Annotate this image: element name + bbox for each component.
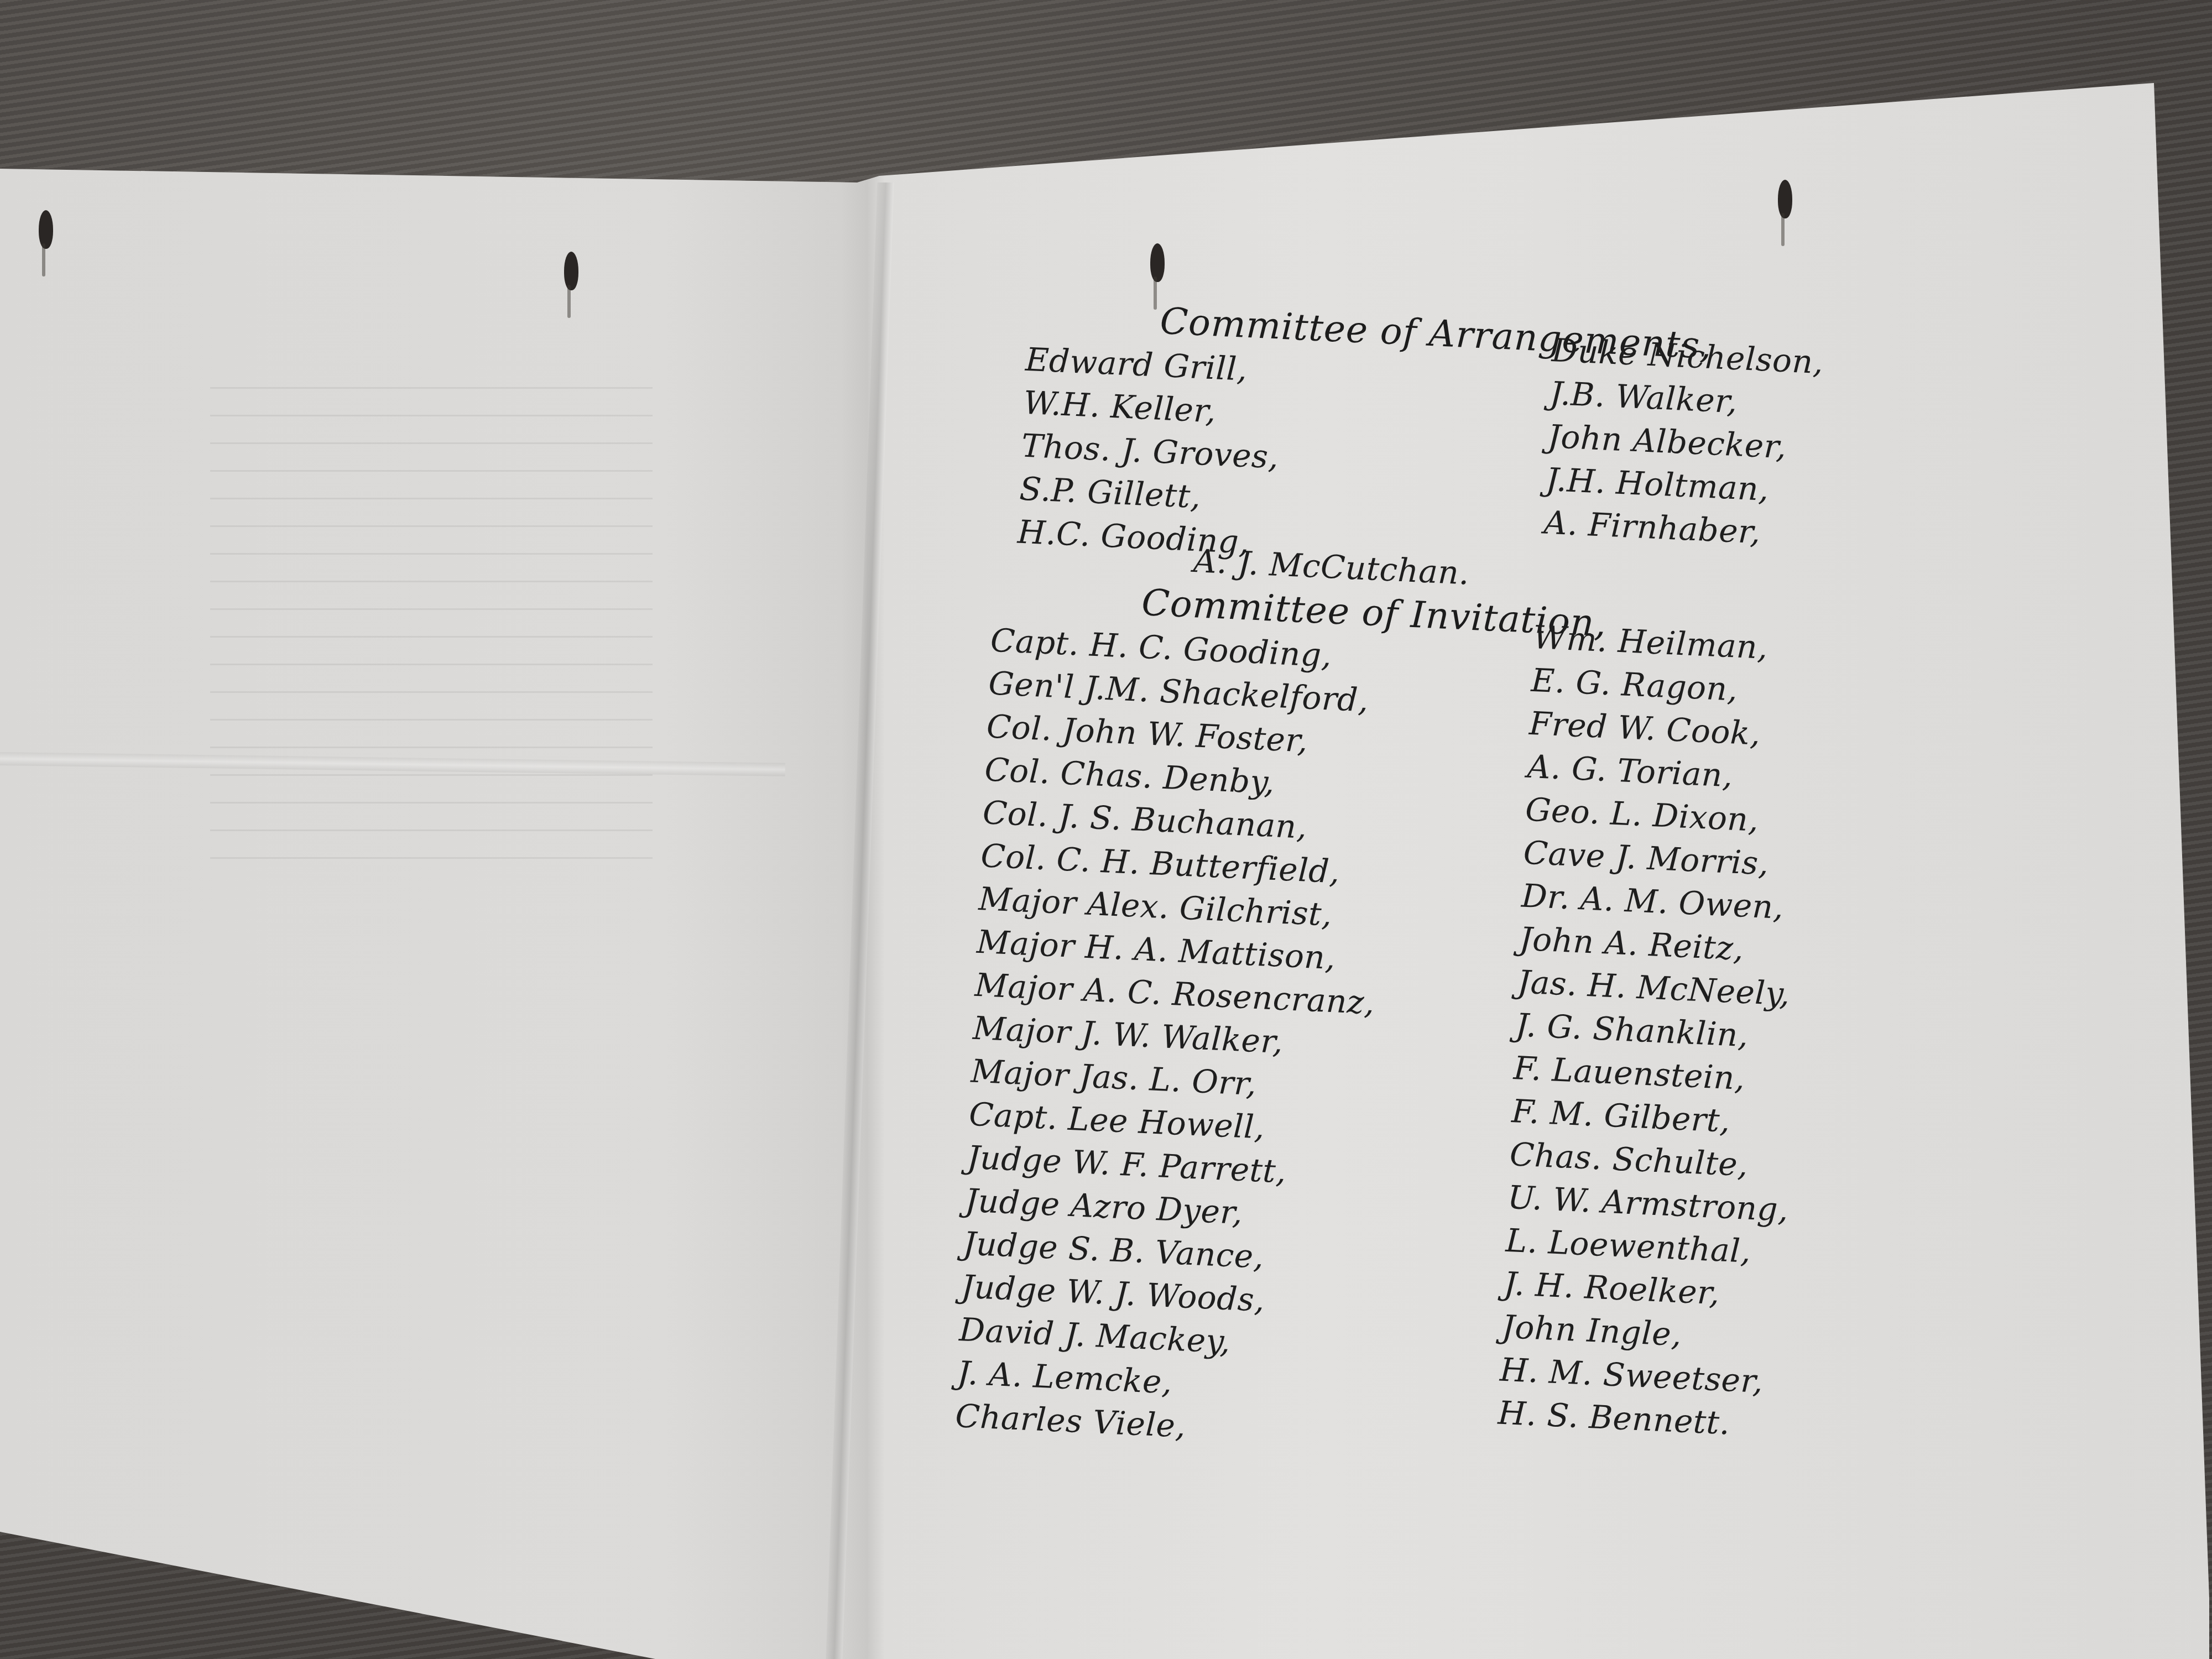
invitation-right-column: Wm. Heilman, E. G. Ragon, Fred W. Cook, … <box>1497 615 1815 1447</box>
binding-hole-icon <box>1150 243 1165 282</box>
binding-hole-icon <box>1778 180 1792 218</box>
left-page-show-through <box>210 387 653 885</box>
right-page: Committee of Arrangements, Edward Grill,… <box>841 288 2138 1559</box>
arrangements-left-column: Edward Grill, W.H. Keller, Thos. J. Grov… <box>1016 338 1284 565</box>
binding-hole-icon <box>564 252 578 290</box>
open-document-sheet: Committee of Arrangements, Edward Grill,… <box>0 0 2212 1659</box>
binding-hole-icon <box>39 210 53 249</box>
invitation-left-column: Capt. H. C. Gooding, Gen'l J.M. Shackelf… <box>954 618 1391 1455</box>
arrangements-right-column: Duke Nichelson, J.B. Walker, John Albeck… <box>1543 328 1824 556</box>
